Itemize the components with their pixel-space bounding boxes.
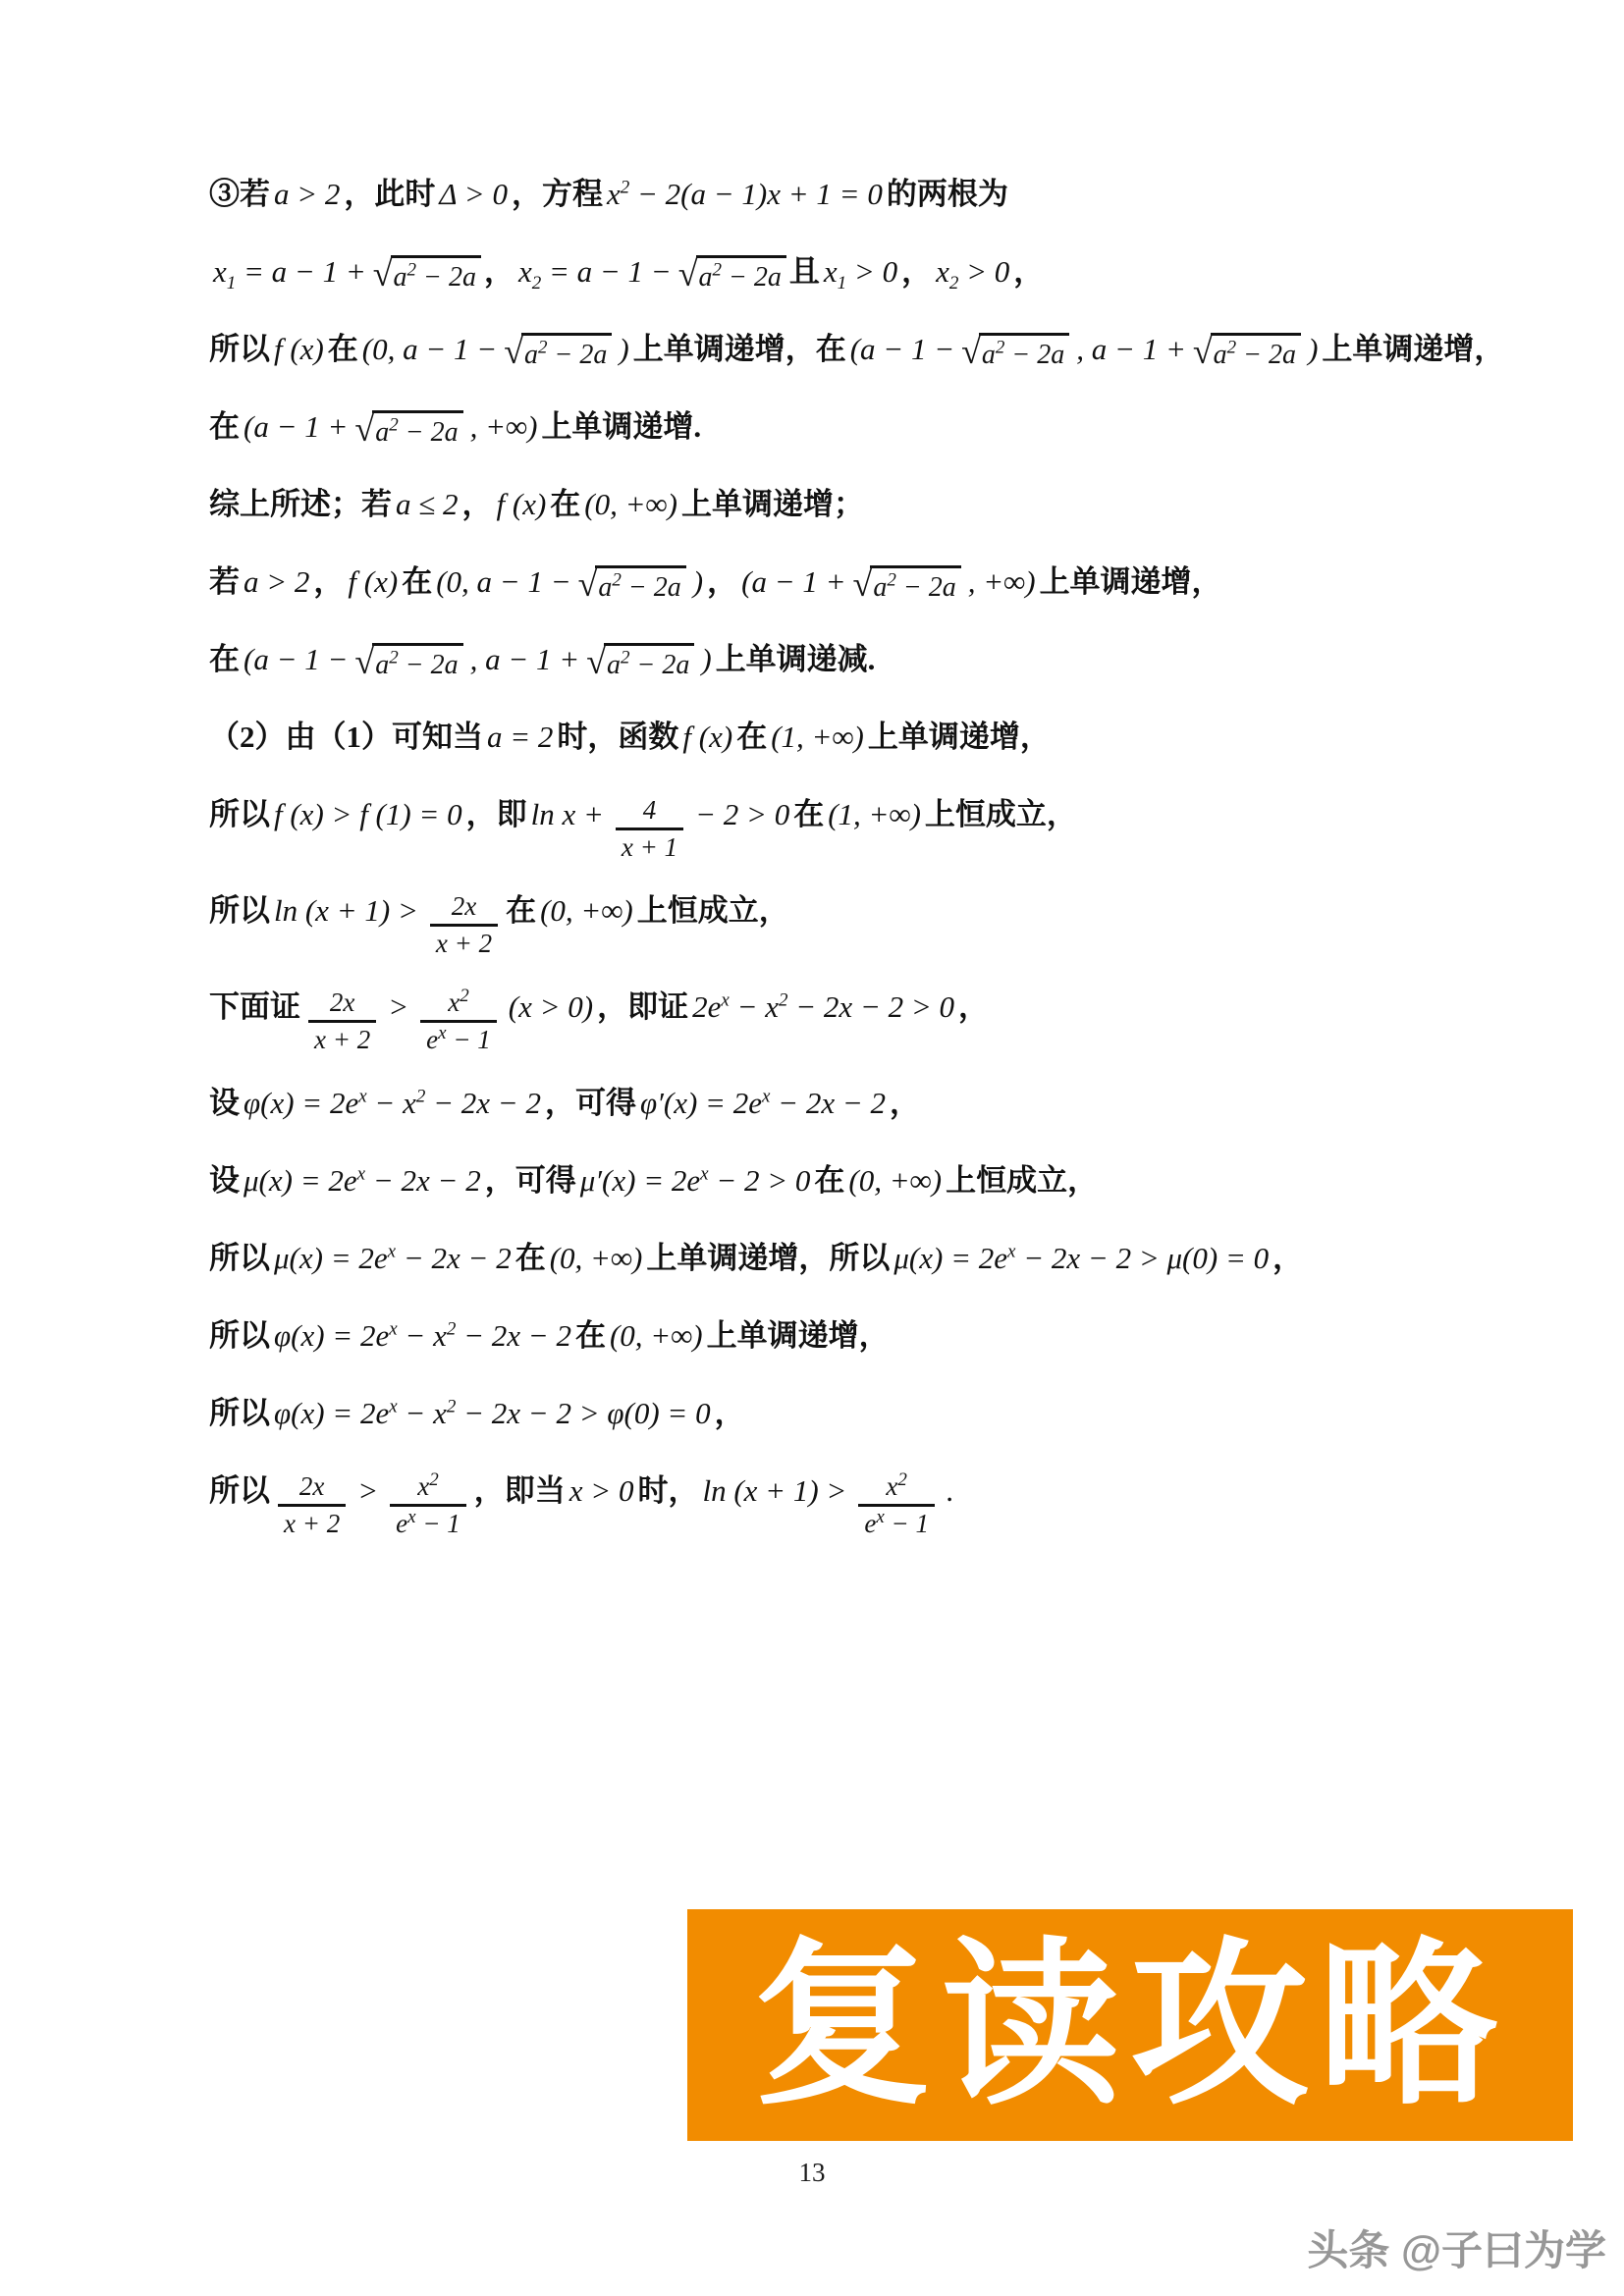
fraction-expression: x2ex − 1 — [858, 1471, 935, 1539]
math-expression: (a − 1 − — [846, 328, 958, 372]
math-line: 在(a − 1 −√a2 − 2a, a − 1 +√a2 − 2a)上单调递减… — [209, 638, 1574, 687]
sqrt-expression: √a2 − 2a — [354, 643, 462, 682]
fraction-denominator: ex − 1 — [420, 1025, 497, 1055]
math-expression: , a − 1 + — [1072, 328, 1190, 372]
fraction-numerator: 2x — [446, 891, 482, 922]
math-expression: (a − 1 + — [737, 561, 849, 605]
math-expression: f (x) — [678, 716, 736, 760]
chinese-text: 在 — [736, 716, 767, 760]
math-expression: Δ > 0 — [435, 173, 512, 217]
math-expression: > — [353, 1469, 382, 1514]
fraction-expression: x2ex − 1 — [390, 1471, 466, 1539]
chinese-text: 在 — [209, 638, 240, 682]
chinese-text: ，即当 — [474, 1469, 566, 1514]
math-expression: (0, +∞) — [546, 1237, 647, 1281]
radicand: a2 − 2a — [391, 255, 481, 294]
chinese-text: ， — [890, 1082, 920, 1126]
sqrt-expression: √a2 − 2a — [373, 255, 481, 294]
chinese-text: 在 — [209, 405, 240, 450]
math-expression: x1 > 0 — [820, 250, 901, 294]
chinese-text: ③若 — [209, 173, 270, 217]
fraction-bar — [278, 1504, 346, 1507]
math-line: 下面证2xx + 2>x2ex − 1(x > 0)，即证2ex − x2 − … — [209, 986, 1574, 1053]
math-expression: a > 2 — [270, 173, 344, 217]
chinese-text: ，方程 — [512, 173, 603, 217]
chinese-text: 在 — [550, 483, 580, 527]
math-expression: f (x) — [270, 328, 328, 372]
chinese-text: ，即 — [466, 793, 527, 837]
math-expression: μ(x) = 2ex − 2x − 2 — [270, 1237, 515, 1281]
radicand: a2 − 2a — [696, 255, 786, 294]
chinese-text: 上单调递增， — [1322, 328, 1504, 372]
math-expression: (a − 1 − — [240, 638, 352, 682]
radicand: a2 − 2a — [604, 643, 694, 682]
math-expression: ln x + — [527, 793, 608, 837]
math-expression: (0, +∞) — [606, 1314, 707, 1359]
math-expression: (x > 0) — [505, 986, 597, 1030]
math-expression: (1, +∞) — [824, 793, 925, 837]
math-expression: ) — [615, 328, 632, 372]
radical-sign: √ — [504, 334, 523, 369]
radicand: a2 − 2a — [595, 565, 685, 605]
chinese-text: （2）由（1）可知当 — [209, 716, 483, 760]
chinese-text: ， — [715, 1392, 745, 1436]
chinese-text: 在 — [814, 1159, 844, 1203]
chinese-text: 上恒成立， — [637, 889, 789, 934]
math-expression: (0, +∞) — [844, 1159, 946, 1203]
sqrt-expression: √a2 − 2a — [1193, 333, 1301, 372]
math-expression: ln (x + 1) > — [698, 1469, 850, 1514]
chinese-text: 所以 — [209, 328, 270, 372]
fraction-denominator: ex − 1 — [858, 1509, 935, 1539]
math-line: x1 = a − 1 +√a2 − 2a，x2 = a − 1 −√a2 − 2… — [209, 250, 1574, 299]
radical-sign: √ — [586, 644, 606, 679]
math-expression: − 2 > 0 — [691, 793, 793, 837]
math-expression: φ′(x) = 2ex − 2x − 2 — [636, 1082, 890, 1126]
chinese-text: ，可得 — [485, 1159, 576, 1203]
radical-sign: √ — [678, 256, 698, 292]
chinese-text: 的两根为 — [887, 173, 1008, 217]
chinese-text: 所以 — [209, 1237, 270, 1281]
radical-sign: √ — [354, 411, 374, 447]
math-line: 所以μ(x) = 2ex − 2x − 2在(0, +∞)上单调递增，所以μ(x… — [209, 1237, 1574, 1286]
watermark: 头条 @子曰为学 — [1307, 2218, 1606, 2277]
math-expression: x > 0 — [566, 1469, 638, 1514]
math-expression: , a − 1 + — [466, 638, 584, 682]
math-expression: , +∞) — [466, 405, 542, 450]
math-line: 若a > 2，f (x)在(0, a − 1 −√a2 − 2a)，(a − 1… — [209, 561, 1574, 610]
math-expression: φ(x) = 2ex − x2 − 2x − 2 — [240, 1082, 545, 1126]
document-page: ③若a > 2，此时Δ > 0，方程x2 − 2(a − 1)x + 1 = 0… — [0, 0, 1624, 2296]
math-expression: φ(x) = 2ex − x2 − 2x − 2 — [270, 1314, 575, 1359]
math-expression: (0, +∞) — [580, 483, 681, 527]
math-expression: , +∞) — [964, 561, 1040, 605]
fraction-numerator: x2 — [411, 1471, 444, 1502]
sqrt-expression: √a2 − 2a — [678, 255, 786, 294]
chinese-text: 在 — [402, 561, 432, 605]
chinese-text: ， — [1013, 250, 1044, 294]
fraction-expression: 2xx + 2 — [430, 891, 498, 959]
fraction-expression: 4x + 1 — [616, 795, 683, 863]
fraction-expression: 2xx + 2 — [278, 1471, 346, 1539]
radicand: a2 − 2a — [372, 410, 462, 450]
radicand: a2 − 2a — [870, 565, 960, 605]
math-expression: > — [384, 986, 412, 1030]
chinese-text: 在 — [575, 1314, 606, 1359]
radicand: a2 − 2a — [1211, 333, 1301, 372]
chinese-text: ， — [1272, 1237, 1303, 1281]
chinese-text: ， — [901, 250, 932, 294]
chinese-text: 且 — [789, 250, 820, 294]
math-expression: μ(x) = 2ex − 2x − 2 > μ(0) = 0 — [890, 1237, 1272, 1281]
chinese-text: ， — [707, 561, 737, 605]
math-expression: f (x) — [344, 561, 402, 605]
chinese-text: 上单调递增， — [868, 716, 1051, 760]
chinese-text: 所以 — [209, 1314, 270, 1359]
chinese-text: 所以 — [209, 1392, 270, 1436]
fraction-numerator: 4 — [637, 795, 663, 826]
radical-sign: √ — [961, 334, 981, 369]
fraction-denominator: x + 2 — [278, 1509, 346, 1539]
fraction-numerator: x2 — [442, 988, 474, 1018]
promo-banner-text: 复读攻略 — [753, 1936, 1507, 2114]
math-line: ③若a > 2，此时Δ > 0，方程x2 − 2(a − 1)x + 1 = 0… — [209, 173, 1574, 222]
math-expression: (0, a − 1 − — [432, 561, 574, 605]
watermark-text: 头条 @子曰为学 — [1307, 2227, 1606, 2273]
fraction-expression: x2ex − 1 — [420, 988, 497, 1055]
chinese-text: 时，函数 — [557, 716, 678, 760]
math-expression: φ(x) = 2ex − x2 − 2x − 2 > φ(0) = 0 — [270, 1392, 715, 1436]
fraction-bar — [430, 924, 498, 927]
fraction-numerator: x2 — [880, 1471, 912, 1502]
math-line: 设φ(x) = 2ex − x2 − 2x − 2，可得φ′(x) = 2ex … — [209, 1082, 1574, 1131]
chinese-text: 上恒成立， — [946, 1159, 1098, 1203]
chinese-text: ， — [484, 250, 514, 294]
math-line: 在(a − 1 +√a2 − 2a, +∞)上单调递增. — [209, 405, 1574, 454]
chinese-text: ， — [462, 483, 493, 527]
math-expression: (0, +∞) — [536, 889, 637, 934]
chinese-text: 在 — [515, 1237, 546, 1281]
fraction-bar — [420, 1020, 497, 1023]
chinese-text: ，即证 — [597, 986, 688, 1030]
math-line: 所以f (x) > f (1) = 0，即ln x +4x + 1− 2 > 0… — [209, 793, 1574, 861]
chinese-text: 在 — [793, 793, 824, 837]
math-expression: μ(x) = 2ex − 2x − 2 — [240, 1159, 485, 1203]
math-line: （2）由（1）可知当a = 2时，函数f (x)在(1, +∞)上单调递增， — [209, 716, 1574, 765]
solution-content: ③若a > 2，此时Δ > 0，方程x2 − 2(a − 1)x + 1 = 0… — [209, 173, 1574, 1566]
fraction-numerator: 2x — [324, 988, 360, 1018]
math-expression: (a − 1 + — [240, 405, 352, 450]
sqrt-expression: √a2 − 2a — [586, 643, 694, 682]
page-number: 13 — [0, 2158, 1624, 2188]
chinese-text: ， — [958, 986, 989, 1030]
math-expression: x2 > 0 — [932, 250, 1013, 294]
chinese-text: ， — [313, 561, 344, 605]
math-expression: (1, +∞) — [767, 716, 868, 760]
math-expression: f (x) — [493, 483, 551, 527]
chinese-text: 在 — [328, 328, 358, 372]
sqrt-expression: √a2 − 2a — [578, 565, 686, 605]
chinese-text: 下面证 — [209, 986, 300, 1030]
radical-sign: √ — [578, 566, 598, 602]
chinese-text: 上单调递增. — [541, 405, 701, 450]
chinese-text: 综上所述；若 — [209, 483, 392, 527]
radicand: a2 − 2a — [521, 333, 612, 372]
math-expression: ) — [697, 638, 715, 682]
sqrt-expression: √a2 − 2a — [504, 333, 612, 372]
fraction-denominator: x + 1 — [616, 832, 683, 863]
math-expression: ) — [1304, 328, 1322, 372]
chinese-text: 所以 — [209, 889, 270, 934]
chinese-text: 上单调递增； — [681, 483, 864, 527]
math-line: 所以φ(x) = 2ex − x2 − 2x − 2在(0, +∞)上单调递增， — [209, 1314, 1574, 1363]
math-expression: ) — [689, 561, 707, 605]
math-expression: x2 = a − 1 − — [514, 250, 676, 294]
chinese-text: 设 — [209, 1159, 240, 1203]
chinese-text: 所以 — [209, 1469, 270, 1514]
sqrt-expression: √a2 − 2a — [961, 333, 1069, 372]
chinese-text: 在 — [506, 889, 536, 934]
radical-sign: √ — [373, 256, 393, 292]
radical-sign: √ — [1193, 334, 1213, 369]
math-line: 所以f (x)在(0, a − 1 −√a2 − 2a)上单调递增，在(a − … — [209, 328, 1574, 377]
fraction-bar — [858, 1504, 935, 1507]
math-expression: . — [943, 1469, 958, 1514]
math-expression: (0, a − 1 − — [358, 328, 501, 372]
math-expression: f (x) > f (1) = 0 — [270, 793, 466, 837]
math-expression: a ≤ 2 — [392, 483, 462, 527]
math-line: 所以2xx + 2>x2ex − 1，即当x > 0时，ln (x + 1) >… — [209, 1469, 1574, 1537]
fraction-bar — [390, 1504, 466, 1507]
sqrt-expression: √a2 − 2a — [853, 565, 961, 605]
radicand: a2 − 2a — [979, 333, 1069, 372]
chinese-text: 上单调递增， — [707, 1314, 890, 1359]
fraction-numerator: 2x — [294, 1471, 330, 1502]
chinese-text: 时， — [637, 1469, 698, 1514]
chinese-text: 上单调递增， — [1040, 561, 1222, 605]
radical-sign: √ — [354, 644, 374, 679]
fraction-denominator: x + 2 — [430, 929, 498, 959]
chinese-text: 上恒成立， — [925, 793, 1077, 837]
radical-sign: √ — [853, 566, 873, 602]
chinese-text: 若 — [209, 561, 240, 605]
math-expression: x2 − 2(a − 1)x + 1 = 0 — [603, 173, 887, 217]
chinese-text: 上单调递增，所以 — [646, 1237, 890, 1281]
math-expression: ln (x + 1) > — [270, 889, 422, 934]
math-expression: μ′(x) = 2ex − 2 > 0 — [576, 1159, 815, 1203]
math-expression: x1 = a − 1 + — [209, 250, 370, 294]
fraction-bar — [308, 1020, 376, 1023]
math-line: 设μ(x) = 2ex − 2x − 2，可得μ′(x) = 2ex − 2 >… — [209, 1159, 1574, 1208]
math-line: 综上所述；若a ≤ 2，f (x)在(0, +∞)上单调递增； — [209, 483, 1574, 532]
math-expression: a = 2 — [483, 716, 557, 760]
chinese-text: 上单调递减. — [716, 638, 876, 682]
chinese-text: ，此时 — [344, 173, 435, 217]
radicand: a2 − 2a — [372, 643, 462, 682]
chinese-text: 上单调递增，在 — [633, 328, 846, 372]
fraction-bar — [616, 828, 683, 830]
chinese-text: 所以 — [209, 793, 270, 837]
promo-banner: 复读攻略 — [687, 1909, 1573, 2141]
math-line: 所以φ(x) = 2ex − x2 − 2x − 2 > φ(0) = 0， — [209, 1392, 1574, 1441]
chinese-text: 设 — [209, 1082, 240, 1126]
math-expression: 2ex − x2 − 2x − 2 > 0 — [688, 986, 958, 1030]
sqrt-expression: √a2 − 2a — [354, 410, 462, 450]
fraction-expression: 2xx + 2 — [308, 988, 376, 1055]
math-line: 所以ln (x + 1) >2xx + 2在(0, +∞)上恒成立， — [209, 889, 1574, 957]
math-expression: a > 2 — [240, 561, 313, 605]
chinese-text: ，可得 — [545, 1082, 636, 1126]
fraction-denominator: x + 2 — [308, 1025, 376, 1055]
fraction-denominator: ex − 1 — [390, 1509, 466, 1539]
